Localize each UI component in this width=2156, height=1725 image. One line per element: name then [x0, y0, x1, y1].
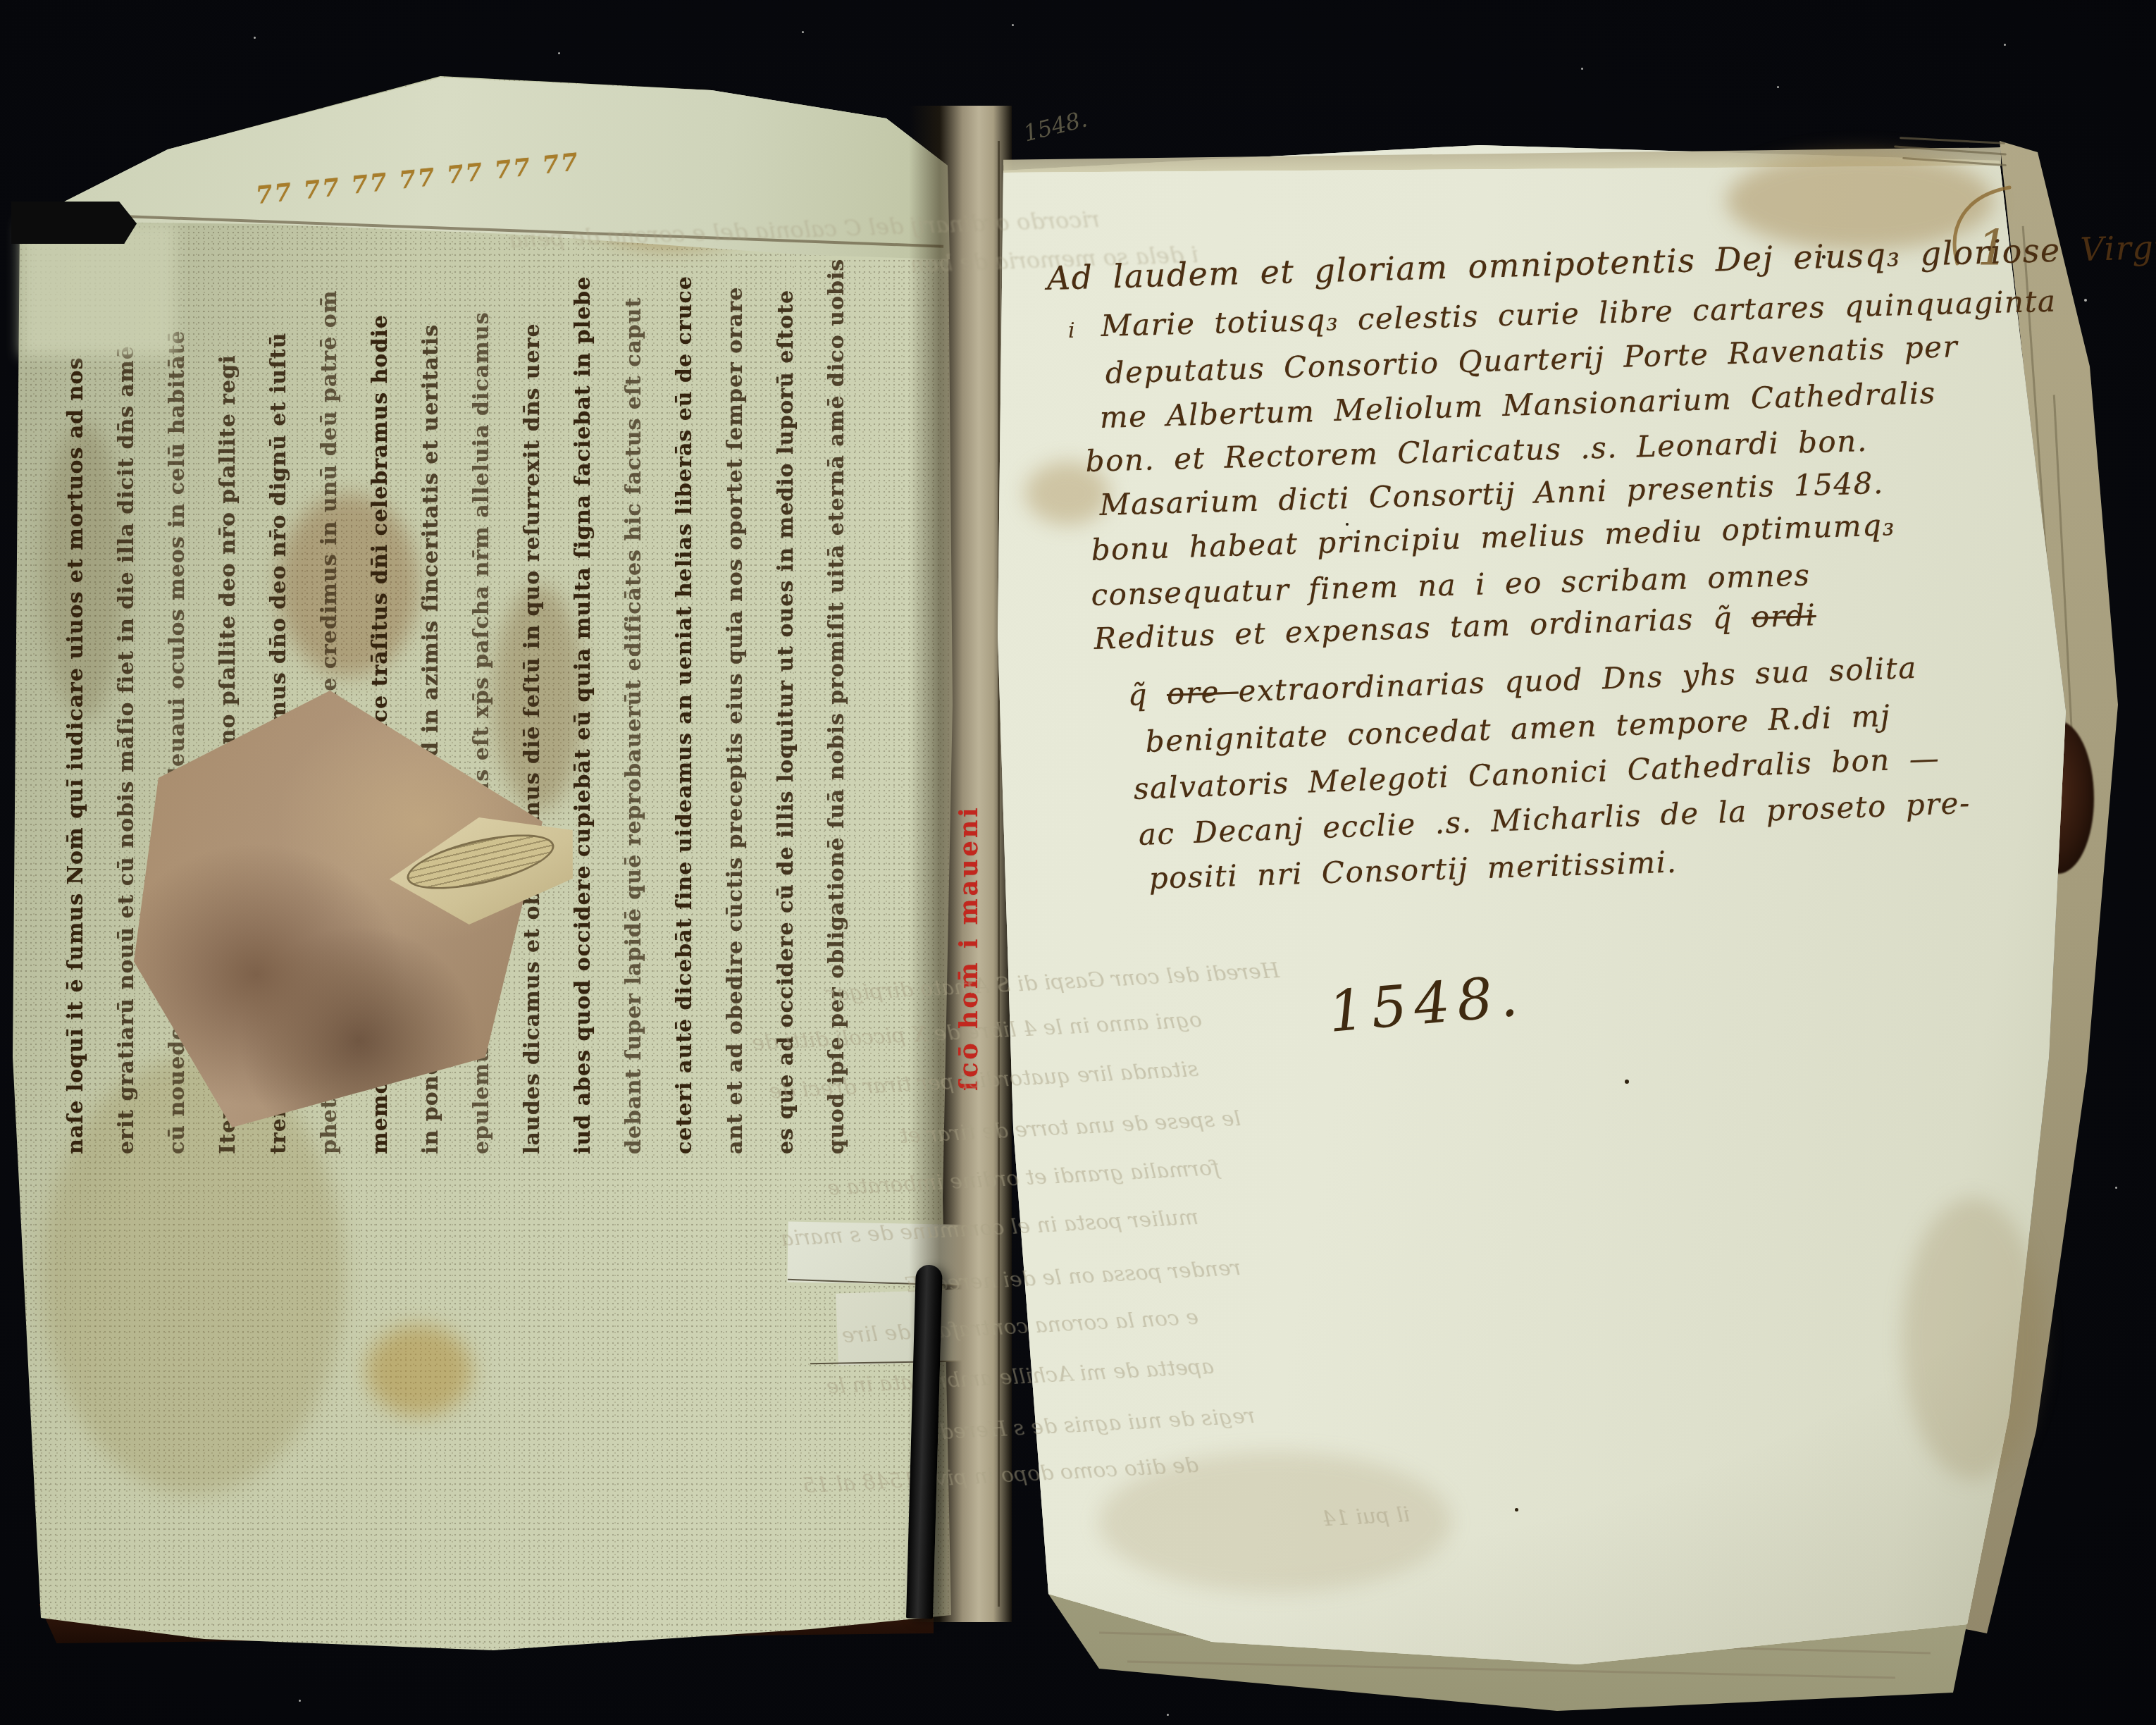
gothic-line: iud abes quod occidere cupiebāt eū quia … — [558, 224, 609, 1154]
dust-speck — [1581, 68, 1583, 70]
stain — [1902, 1198, 2043, 1480]
gothic-line: debant ſuper lapidē quē reprobauerūt edi… — [609, 224, 659, 1154]
ink-dot — [1346, 523, 1349, 526]
manuscript-photo: naſe loquı̄ it ē ſumus Nom̄ quı̄ iudicar… — [0, 0, 2156, 1725]
margin-mark: i — [1068, 319, 1075, 343]
struck-text: ordi — [1751, 598, 1816, 634]
gothic-line: erit gratiarū nouū et cū nobis māſio fie… — [101, 224, 152, 1154]
dust-speck — [2084, 299, 2087, 302]
dust-speck — [558, 52, 560, 54]
black-tab — [11, 202, 137, 244]
struck-text: ore — [1166, 674, 1239, 712]
ink-dot — [1822, 255, 1826, 259]
gothic-line: es que ad occidere cū de illis loquitur … — [761, 224, 812, 1154]
dust-speck — [299, 1700, 301, 1702]
dust-speck — [2004, 44, 2006, 46]
bleed-through-line: il pui 14 — [1322, 1502, 1411, 1531]
gothic-line: ant et ad obedire cūctis preceptis eius … — [710, 224, 761, 1154]
dust-speck — [254, 37, 256, 39]
dust-speck — [1777, 86, 1779, 88]
faint-year-note: 1548. — [1021, 105, 1090, 147]
dust-speck — [802, 31, 804, 33]
gothic-line: naſe loquı̄ it ē ſumus Nom̄ quı̄ iudicar… — [51, 224, 101, 1154]
ink-dot — [1625, 1080, 1629, 1084]
ink-dot — [1515, 1508, 1518, 1511]
dust-speck — [1167, 1714, 1169, 1716]
line-text: q̃ — [1127, 676, 1167, 712]
gothic-line: quod ipſe per obligationē ſuā nobis prom… — [812, 224, 862, 1154]
stain — [366, 1325, 472, 1416]
dust-speck — [1012, 24, 1014, 26]
gothic-line: laudes dicamus et obſeruemus diē feſtū i… — [507, 224, 558, 1154]
stacked-corner-line — [1900, 137, 2005, 144]
gothic-line: ceteri autē dicebāt ſine uideamus an uen… — [659, 224, 710, 1154]
dust-speck — [2115, 1187, 2117, 1189]
